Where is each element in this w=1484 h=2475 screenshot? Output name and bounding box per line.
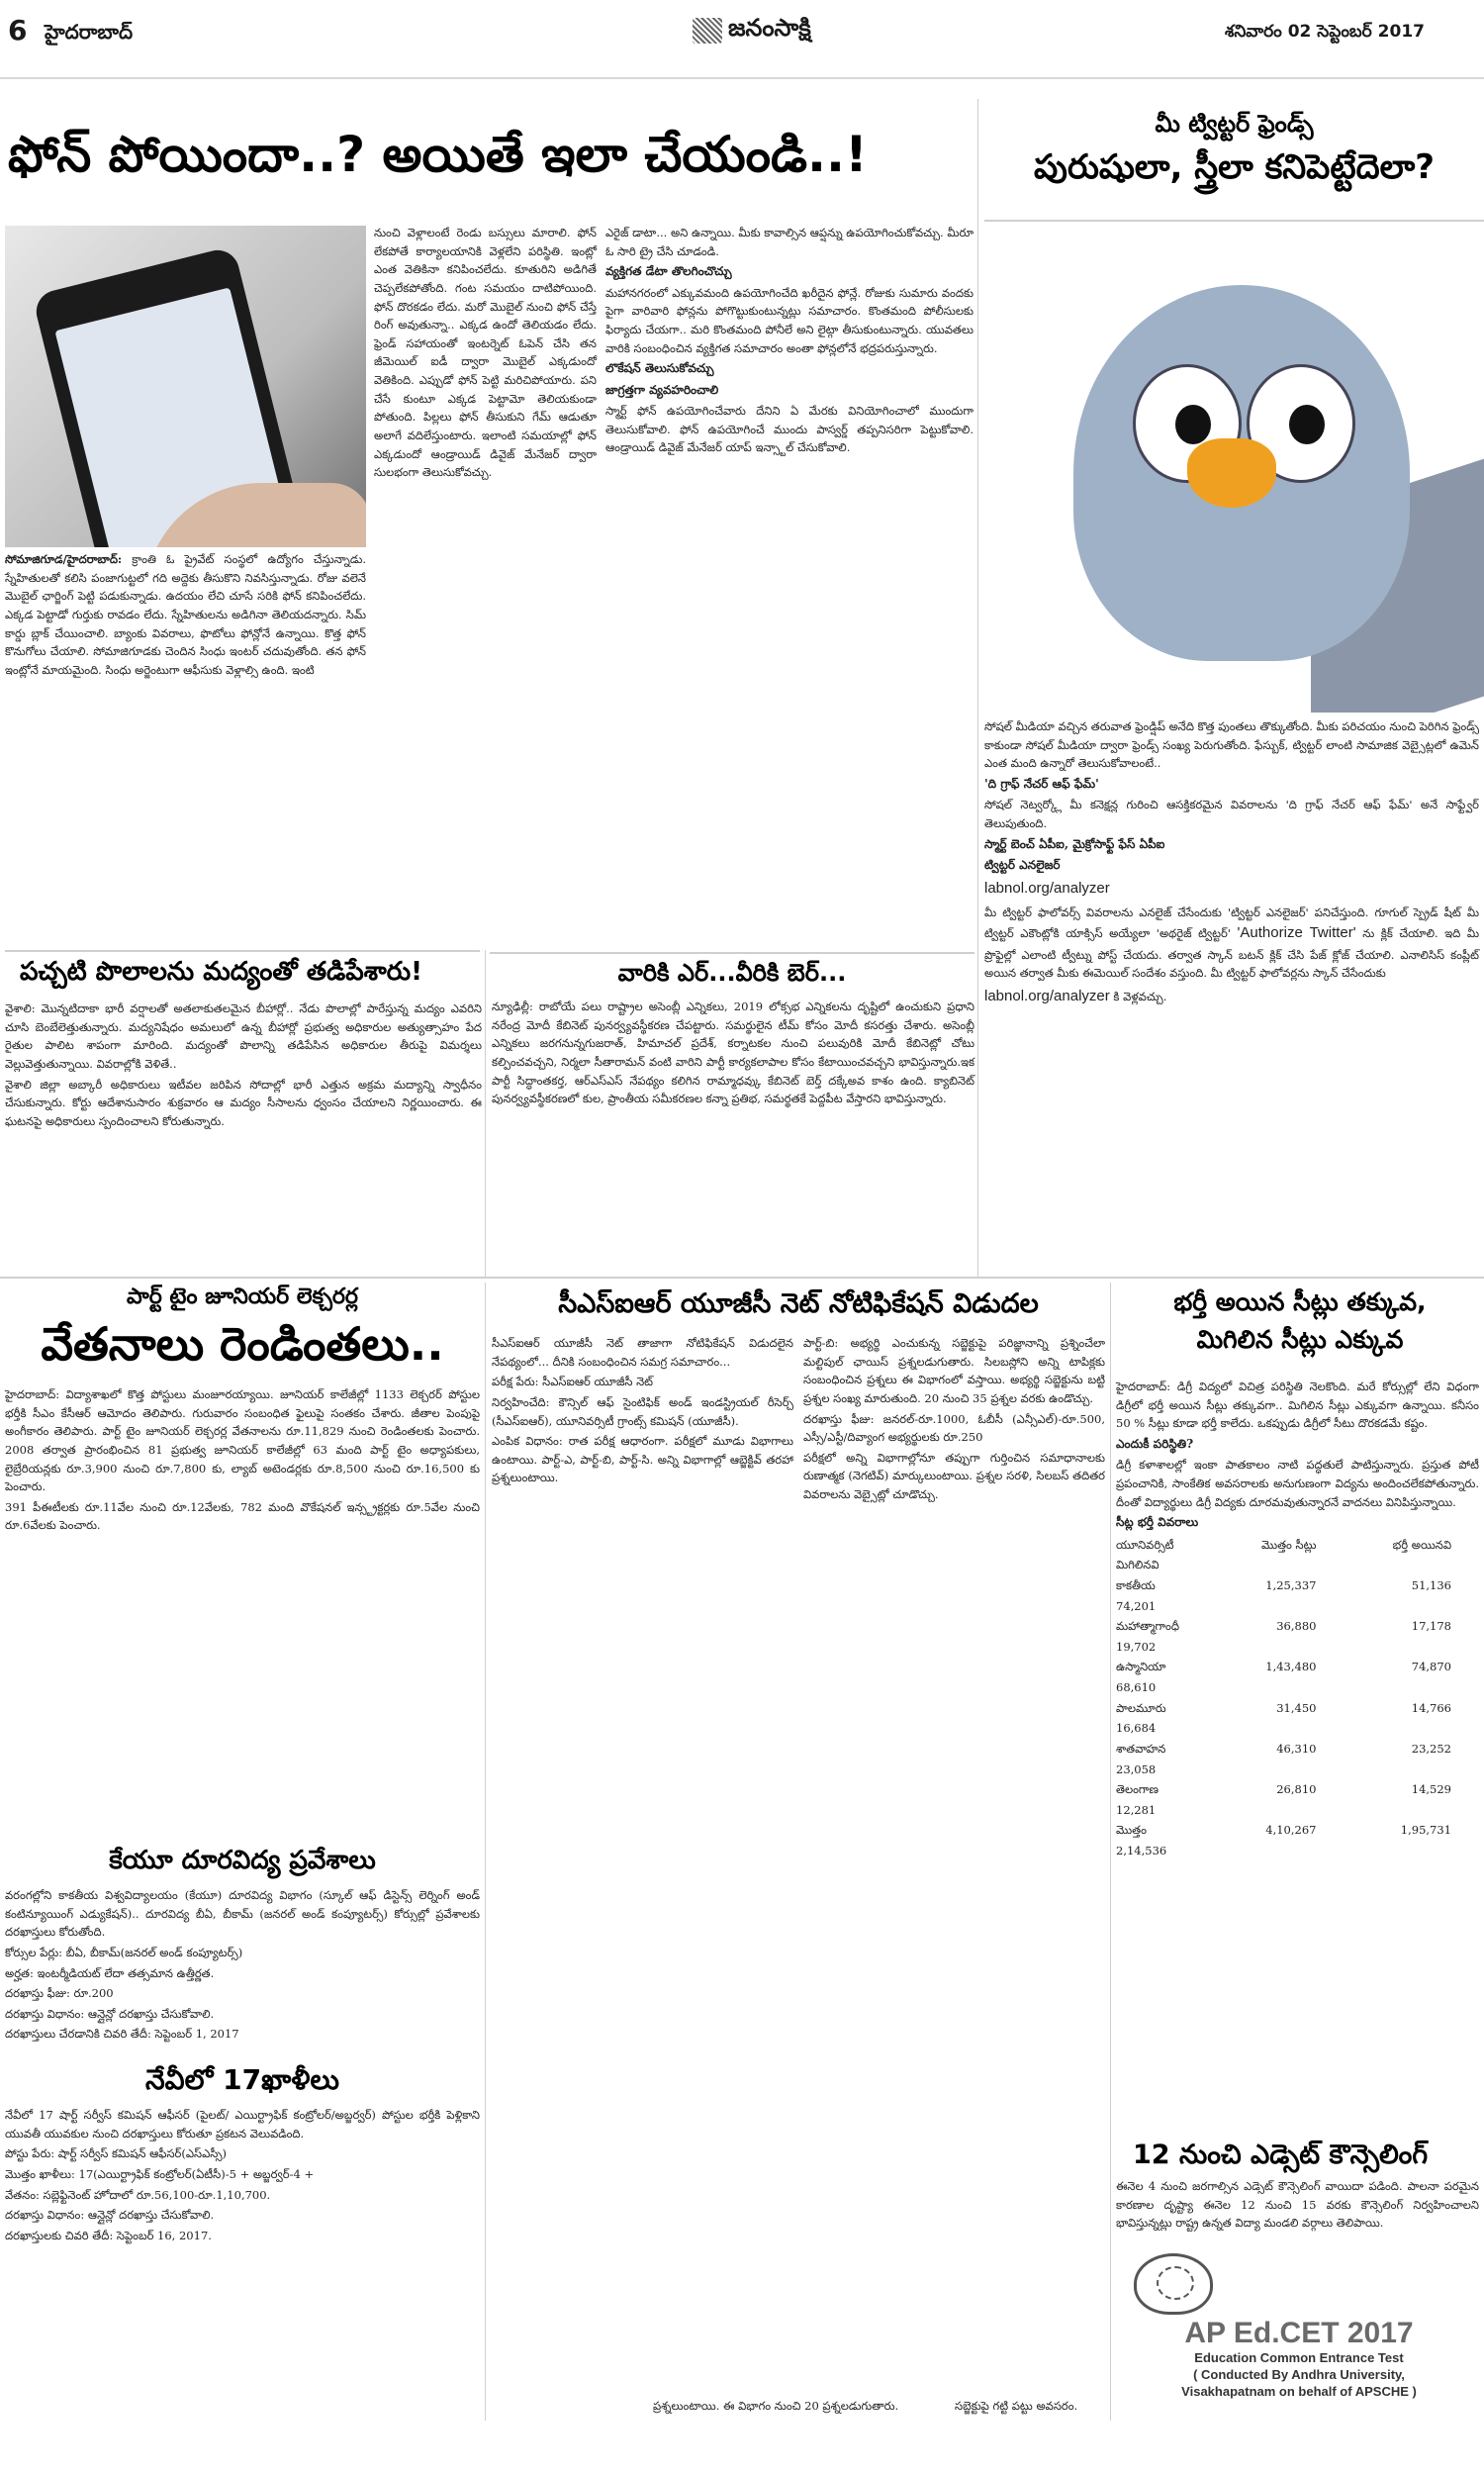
issue-date: శనివారం 02 సెప్టెంబర్ 2017: [1225, 22, 1425, 46]
navy-body: నేవీలో 17 షార్ట్ సర్వీస్ కమిషన్ ఆఫీసర్ (…: [5, 2106, 480, 2246]
section-divider: [0, 1277, 1484, 1279]
table-row: తెలంగాణ26,81014,529: [1116, 1779, 1479, 1800]
table-row: పాలమూరు31,45014,766: [1116, 1698, 1479, 1719]
column-divider: [485, 1283, 486, 2421]
phone-lost-col2: నుంచి వెళ్లాలంటే రెండు బస్సులు మారాలి. ఫ…: [374, 224, 597, 484]
degree-seats-headline-1: భర్తీ అయిన సీట్లు తక్కువ,: [1116, 1288, 1484, 1317]
dateline: సోమాజిగూడ/హైదరాబాద్:: [5, 552, 122, 566]
phone-lost-headline: ఫోన్ పోయిందా..? అయితే ఇలా చేయండి..!: [8, 127, 973, 184]
beak-icon: [1187, 438, 1276, 508]
phone-photo: [5, 226, 366, 547]
lecturers-headline: వేతనాలు రెండింతలు..: [5, 1318, 480, 1371]
edcet-headline: 12 నుంచి ఎడ్సెట్ కౌన్సెలింగ్: [1133, 2140, 1484, 2170]
analyzer-link[interactable]: labnol.org/analyzer: [984, 877, 1479, 901]
edcet-logo-title: AP Ed.CET 2017: [1116, 2317, 1482, 2350]
twitter-bird-illustration: [984, 226, 1484, 713]
subhead-location: లొకేషన్ తెలుసుకోవచ్చు: [605, 359, 974, 378]
masthead: 6 హైదరాబాద్ జనంసాక్షి శనివారం 02 సెప్టెం…: [0, 0, 1484, 79]
distance-edu-headline: కేయూ దూరవిద్య ప్రవేశాలు: [5, 1847, 480, 1876]
table-row: శాతవాహన46,31023,252: [1116, 1739, 1479, 1760]
logo-mark-icon: [693, 18, 722, 44]
analyzer-link-2[interactable]: labnol.org/analyzer: [984, 988, 1110, 1004]
divider: [5, 950, 480, 952]
table-row: ఉస్మానియా1,43,48074,870: [1116, 1657, 1479, 1677]
edcet-logo-box: AP Ed.CET 2017 Education Common Entrance…: [1116, 2241, 1482, 2410]
ugc-net-end2: సబ్జెక్టుపై గట్టి పట్టు అవసరం.: [955, 2397, 1103, 2416]
divider: [490, 952, 974, 954]
lecturers-body: హైదరాబాద్: విద్యాశాఖలో కొత్త పోస్టులు మం…: [5, 1385, 480, 1537]
degree-seats-headline-2: మిగిలిన సీట్లు ఎక్కువ: [1116, 1326, 1484, 1355]
cabinet-headline: వారికి ఎర్...వీరికి బెర్...: [490, 960, 974, 988]
phone-lost-col1: సోమాజిగూడ/హైదరాబాద్: క్రాంతి ఓ ప్రైవేట్ …: [5, 550, 366, 681]
ugc-net-col1: సీఎస్ఐఆర్ యూజీసీ నెట్ తాజాగా నోటిఫికేషన్…: [492, 1334, 793, 1489]
liquor-headline: పచ్చటి పొలాలను మద్యంతో తడిపేశారు!: [20, 958, 485, 988]
page-number: 6: [8, 14, 27, 47]
table-row: మొత్తం4,10,2671,95,731: [1116, 1820, 1479, 1841]
authorize-twitter-label: 'Authorize Twitter': [1238, 924, 1356, 941]
twitter-body: సోషల్ మీడియా వచ్చిన తరువాత ఫ్రెండ్షిప్ అ…: [984, 717, 1479, 1010]
university-emblem-icon: [1134, 2253, 1213, 2315]
section-name: హైదరాబాద్: [45, 20, 133, 48]
newspaper-name: జనంసాక్షి: [728, 14, 811, 48]
divider: [984, 220, 1484, 222]
ugc-net-headline: సీఎస్ఐఆర్ యూజీసీ నెట్ నోటిఫికేషన్ విడుదల: [492, 1288, 1105, 1319]
navy-headline: నేవీలో 17ఖాళీలు: [5, 2064, 480, 2096]
phone-lost-col3: ఎరైజ్ డాటా... అని ఉన్నాయి. మీకు కావాల్సి…: [605, 224, 974, 459]
seats-table: యూనివర్సిటీ మొత్తం సీట్లు భర్తీ అయినవి మ…: [1116, 1535, 1479, 1861]
ugc-net-col2: పార్ట్-బి: అభ్యర్థి ఎంచుకున్న సబ్జెక్టుప…: [803, 1334, 1105, 1506]
twitter-headline: పురుషులా, స్త్రీలా కనిపెట్టేదెలా?: [984, 148, 1484, 187]
degree-seats-body: హైదరాబాద్: డిగ్రీ విద్యలో విచిత్ర పరిస్థ…: [1116, 1378, 1479, 1861]
liquor-body: వైశాలి: మొన్నటిదాకా భారీ వర్షాలతో అతలాకు…: [5, 1000, 482, 1132]
column-divider: [977, 99, 978, 1277]
table-row: మహాత్మాగాంధీ36,88017,178: [1116, 1616, 1479, 1637]
newspaper-logo: జనంసాక్షి: [693, 14, 811, 48]
distance-edu-body: వరంగల్లోని కాకతీయ విశ్వవిద్యాలయం (కేయూ) …: [5, 1886, 480, 2046]
lecturers-kicker: పార్ట్ టైం జూనియర్ లెక్చరర్ల: [5, 1285, 480, 1309]
edcet-body: ఈనెల 4 నుంచి జరగాల్సిన ఎడ్సెట్ కౌన్సెలిం…: [1116, 2177, 1479, 2235]
column-divider: [485, 950, 486, 1277]
subhead-caution: జాగ్రత్తగా వ్యవహరించాలి: [605, 381, 974, 400]
table-header-row: యూనివర్సిటీ మొత్తం సీట్లు భర్తీ అయినవి: [1116, 1535, 1479, 1556]
table-row: కాకతీయ1,25,33751,136: [1116, 1575, 1479, 1596]
subhead-personal-data: వ్యక్తిగత డేటా తొలగించొచ్చు: [605, 262, 974, 281]
cabinet-body: న్యూఢిల్లీ: రాబోయే పలు రాష్ట్రాల అసెంబ్ల…: [492, 998, 974, 1110]
column-divider: [1110, 1283, 1111, 2421]
ugc-net-end: ప్రశ్నలుంటాయి. ఈ విభాగం నుంచి 20 ప్రశ్నల…: [653, 2397, 950, 2416]
twitter-kicker: మీ ట్విట్టర్ ఫ్రెండ్స్: [984, 111, 1484, 139]
